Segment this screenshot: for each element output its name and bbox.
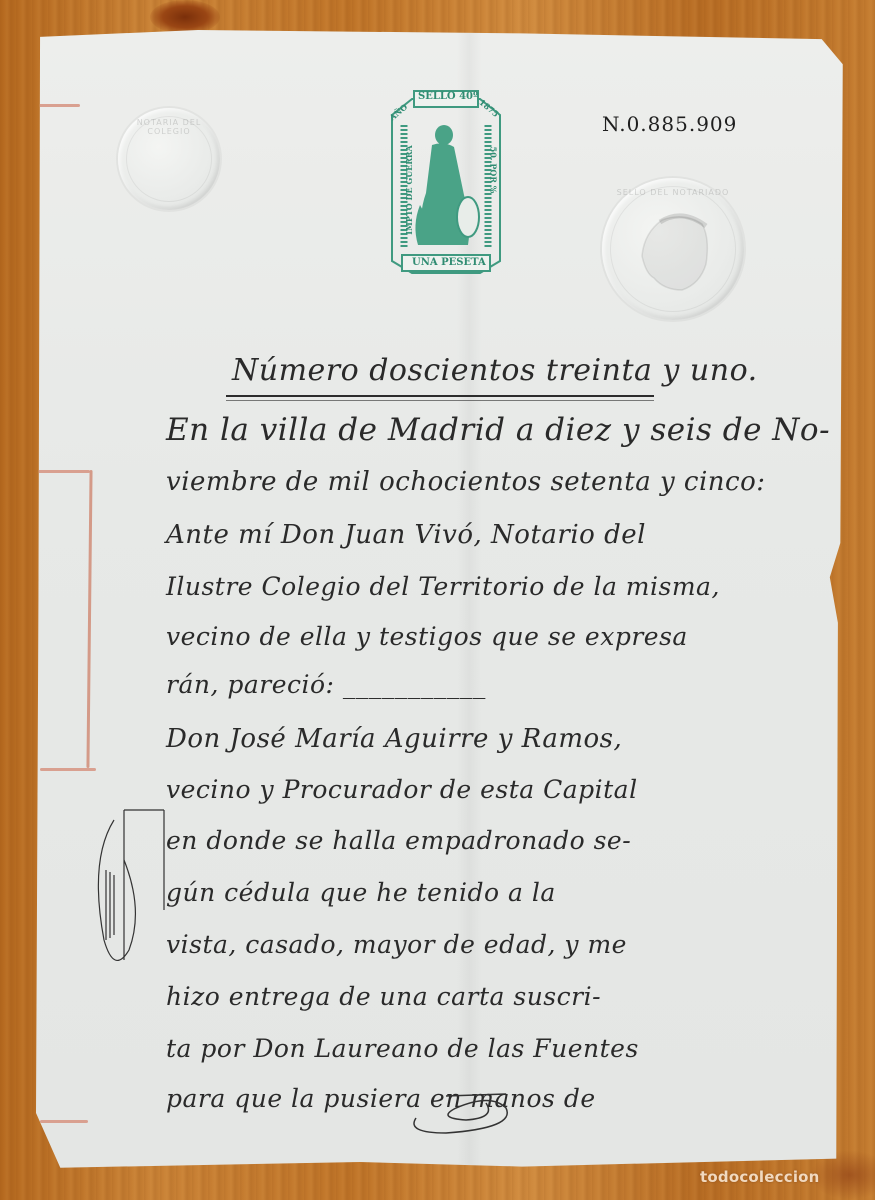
binding-thread: [38, 470, 90, 473]
stamp-left-vertical: IMPTO DE GUERRA: [404, 145, 414, 235]
document-line: Ilustre Colegio del Territorio de la mis…: [166, 572, 720, 601]
heading-underline: [226, 400, 654, 401]
binding-thread: [40, 1120, 88, 1123]
wood-knot: [150, 0, 220, 34]
serial-number: N.0.885.909: [602, 112, 737, 136]
watermark: todocoleccion: [700, 1168, 820, 1186]
document-line: rán, pareció: ___________: [166, 670, 486, 699]
margin-signature-icon: [94, 800, 174, 980]
binding-thread: [86, 470, 92, 768]
document-line: hizo entrega de una carta suscri-: [166, 982, 601, 1011]
document-line: Don José María Aguirre y Ramos,: [166, 724, 622, 754]
document-line: ta por Don Laureano de las Fuentes: [166, 1034, 639, 1063]
binding-thread: [40, 768, 96, 771]
tax-stamp: SELLO 40º AÑO 1875 IMPTO DE GUERRA 50. P…: [382, 85, 510, 277]
stamp-top-label: SELLO 40º: [418, 91, 478, 102]
document-line: vecino y Procurador de esta Capital: [166, 775, 638, 804]
document-line: vecino de ella y testigos que se expresa: [166, 622, 688, 651]
embossed-seal-right: SELLO DEL NOTARIADO: [602, 178, 744, 320]
seal-inscription: NOTARIA DEL COLEGIO: [118, 118, 220, 136]
closing-rubric-icon: [396, 1088, 536, 1138]
document-line: en donde se halla empadronado se-: [166, 826, 631, 855]
portrait-relief-icon: [602, 178, 744, 320]
binding-thread: [36, 104, 80, 107]
document-sheet: NOTARIA DEL COLEGIO SELLO 40º AÑO: [36, 30, 846, 1170]
embossed-seal-left: NOTARIA DEL COLEGIO: [118, 108, 220, 210]
document-line: gún cédula que he tenido a la: [166, 878, 556, 907]
document-heading: Número doscientos treinta y uno.: [232, 353, 758, 388]
stamp-right-vertical: 50. POR %: [488, 147, 498, 194]
stamp-bottom-label: UNA PESETA: [412, 257, 486, 268]
heading-underline: [226, 395, 654, 397]
document-line: vista, casado, mayor de edad, y me: [166, 930, 627, 959]
document-line: En la villa de Madrid a diez y seis de N…: [166, 412, 830, 448]
document-line: viembre de mil ochocientos setenta y cin…: [166, 467, 766, 497]
document-line: Ante mí Don Juan Vivó, Notario del: [166, 520, 646, 550]
